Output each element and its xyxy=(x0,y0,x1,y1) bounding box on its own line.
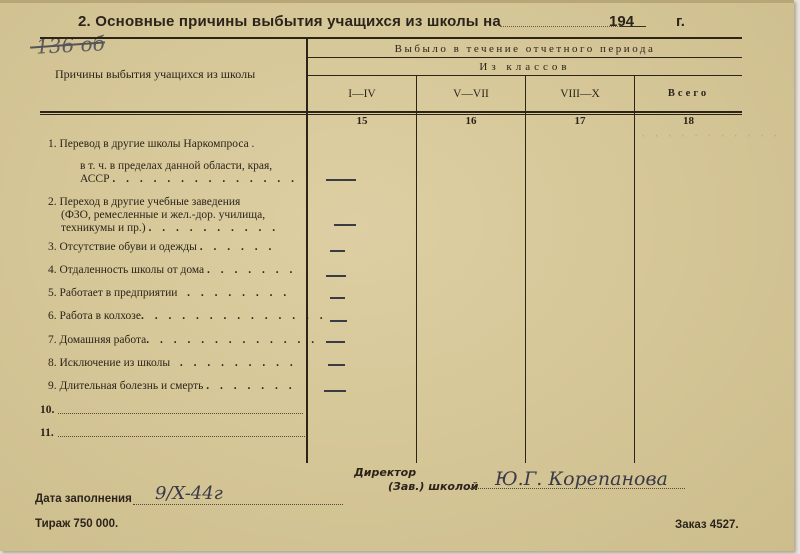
row-11-label: 11. xyxy=(40,427,54,440)
column-divider-2 xyxy=(525,75,526,463)
header-bottom-rule xyxy=(40,111,742,113)
row-6-label: 6. Работа в колхозе . . . . . . . . . . … xyxy=(48,310,327,323)
row-4-value-dash xyxy=(326,275,346,277)
row-2-value-dash xyxy=(334,224,356,226)
column-number-17: 17 xyxy=(526,115,634,127)
title-date-blank xyxy=(500,26,620,27)
print-run: Тираж 750 000. xyxy=(35,518,118,530)
row-8-value-dash xyxy=(328,364,345,366)
row-7-value-dash xyxy=(326,341,345,343)
row-1a-label: в т. ч. в пределах данной области, края,… xyxy=(80,160,298,186)
fill-date-label: Дата заполнения xyxy=(35,493,132,505)
bleed-through-text: · · · · · · · · · · · xyxy=(640,131,779,143)
row-2-label: 2. Переход в другие учебные заведения (Ф… xyxy=(48,196,279,235)
table-top-rule xyxy=(40,37,742,39)
row-5-label: 5. Работает в предприятии . . . . . . . … xyxy=(48,287,290,300)
title-year: 194 xyxy=(609,13,634,30)
row-9-label: 9. Длительная болезнь и смерть . . . . .… xyxy=(48,380,296,393)
group-header-rule xyxy=(308,57,742,58)
column-number-16: 16 xyxy=(417,115,525,127)
column-header-total: Всего xyxy=(635,88,742,99)
form-title: 2. Основные причины выбытия учащихся из … xyxy=(78,13,501,30)
row-1-label: 1. Перевод в другие школы Наркомпроса . xyxy=(48,138,254,151)
row-10-blank-line[interactable] xyxy=(58,413,303,414)
subgroup-header: Из классов xyxy=(308,61,742,73)
head-of-school-label: (Зав.) школой xyxy=(388,480,478,493)
row-10-label: 10. xyxy=(40,404,54,417)
row-1a-value-dash xyxy=(326,179,356,181)
column-number-18: 18 xyxy=(635,115,742,127)
row-11-blank-line[interactable] xyxy=(58,436,305,437)
director-label: Директор xyxy=(354,466,416,479)
fill-date-value: 9/X-44г xyxy=(155,483,223,504)
row-3-value-dash xyxy=(330,250,345,252)
row-7-label: 7. Домашняя работа . . . . . . . . . . .… xyxy=(48,334,318,347)
column-divider-3 xyxy=(634,75,635,463)
column-header-8-10: VIII—X xyxy=(526,88,634,100)
row-9-value-dash xyxy=(324,390,346,392)
left-column-divider xyxy=(306,37,308,463)
row-5-value-dash xyxy=(330,297,345,299)
column-header-5-7: V—VII xyxy=(417,88,525,100)
title-year-blank xyxy=(620,26,646,27)
row-4-label: 4. Отдаленность школы от дома . . . . . … xyxy=(48,264,296,277)
row-8-label: 8. Исключение из школы . . . . . . . . . xyxy=(48,357,297,370)
form-page: 2. Основные причины выбытия учащихся из … xyxy=(0,0,794,551)
column-number-15: 15 xyxy=(308,115,416,127)
group-header: Выбыло в течение отчетного периода xyxy=(308,43,742,55)
title-year-suffix: г. xyxy=(676,13,685,30)
order-number: Заказ 4527. xyxy=(675,519,739,531)
fill-date-line[interactable] xyxy=(133,504,343,505)
director-signature: Ю.Г. Корепанова xyxy=(495,468,668,490)
column-divider-1 xyxy=(416,75,417,463)
column-header-1-4: I—IV xyxy=(308,88,416,100)
reasons-column-header: Причины выбытия учащихся из школы xyxy=(55,67,255,82)
row-3-label: 3. Отсутствие обуви и одежды . . . . . . xyxy=(48,241,275,254)
row-6-value-dash xyxy=(330,320,347,322)
